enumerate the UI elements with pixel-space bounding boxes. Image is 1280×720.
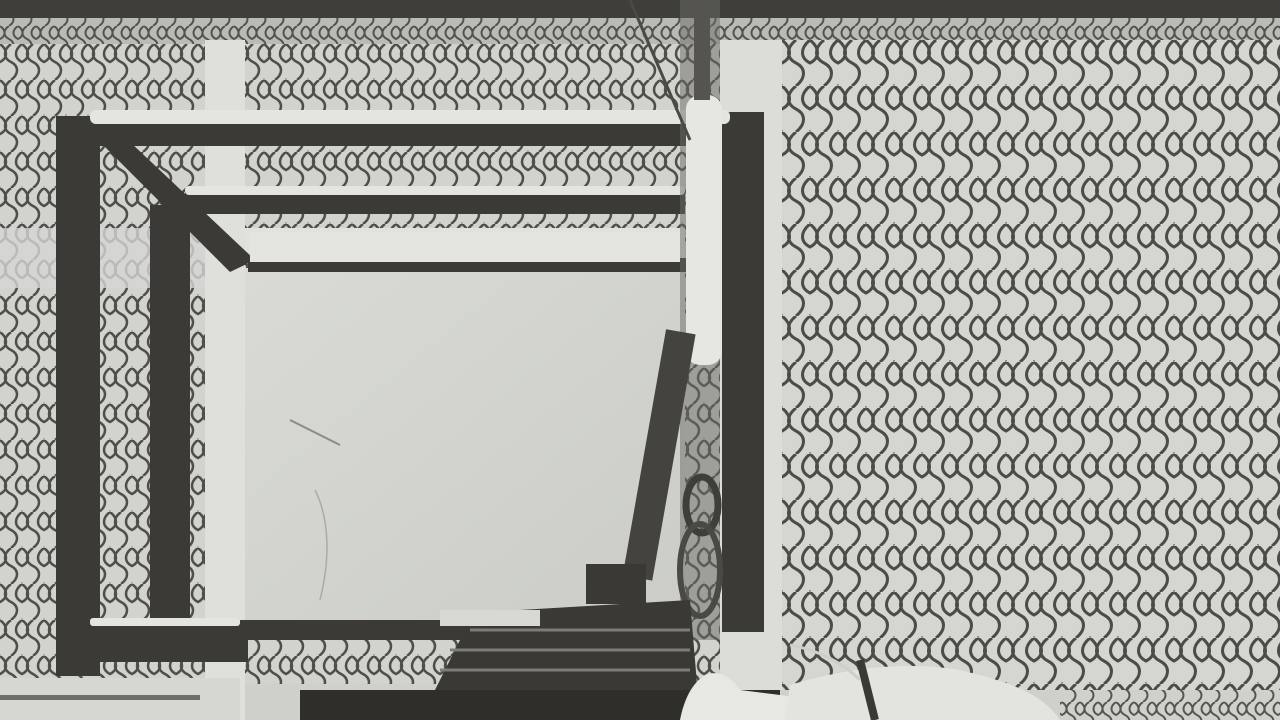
- mesh-panel-right: [782, 40, 1280, 690]
- photo-scene: [0, 0, 1280, 720]
- snow-clump: [686, 95, 722, 365]
- snowy-fence-photo: [0, 0, 1280, 720]
